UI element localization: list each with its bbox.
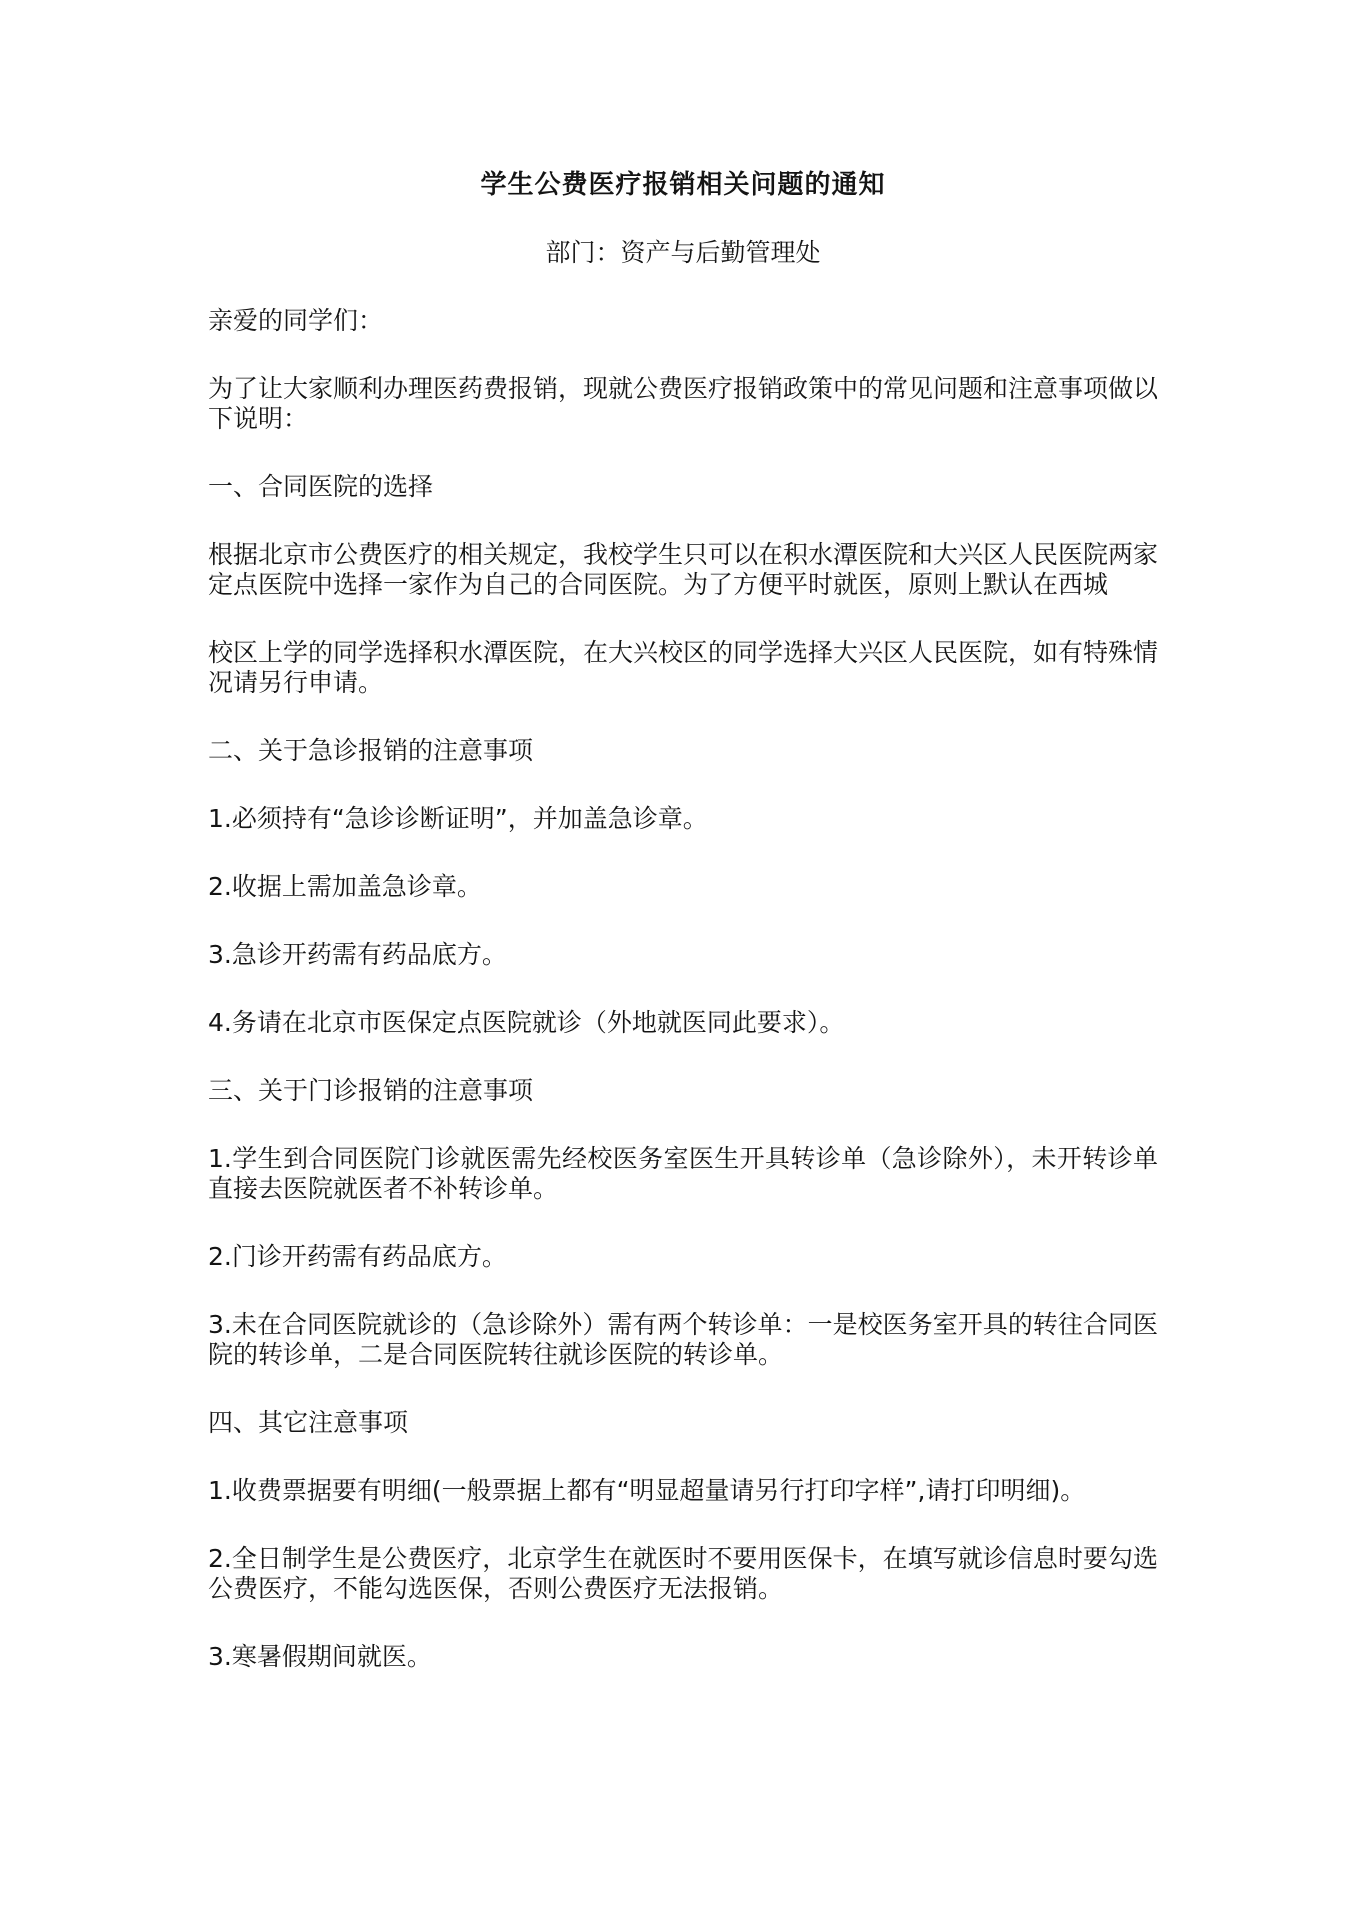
department-line: 部门：资产与后勤管理处 [208,238,1158,268]
greeting: 亲爱的同学们： [208,306,1158,336]
document-title: 学生公费医疗报销相关问题的通知 [208,170,1158,200]
list-item: 2.收据上需加盖急诊章。 [208,872,1158,902]
list-item: 1.收费票据要有明细(一般票据上都有“明显超量请另行打印字样”,请打印明细)。 [208,1476,1158,1506]
document-page: 学生公费医疗报销相关问题的通知 部门：资产与后勤管理处 亲爱的同学们： 为了让大… [208,170,1158,1710]
list-item: 2.门诊开药需有药品底方。 [208,1242,1158,1272]
section-paragraph: 校区上学的同学选择积水潭医院，在大兴校区的同学选择大兴区人民医院，如有特殊情况请… [208,638,1158,698]
section-heading: 一、合同医院的选择 [208,472,1158,502]
section-emergency-reimbursement: 二、关于急诊报销的注意事项 1.必须持有“急诊诊断证明”，并加盖急诊章。 2.收… [208,736,1158,1038]
list-item: 3.未在合同医院就诊的（急诊除外）需有两个转诊单：一是校医务室开具的转往合同医院… [208,1310,1158,1370]
section-paragraph: 根据北京市公费医疗的相关规定，我校学生只可以在积水潭医院和大兴区人民医院两家定点… [208,540,1158,600]
section-heading: 二、关于急诊报销的注意事项 [208,736,1158,766]
list-item: 3.急诊开药需有药品底方。 [208,940,1158,970]
section-heading: 四、其它注意事项 [208,1408,1158,1438]
section-heading: 三、关于门诊报销的注意事项 [208,1076,1158,1106]
intro-paragraph: 为了让大家顺利办理医药费报销，现就公费医疗报销政策中的常见问题和注意事项做以下说… [208,374,1158,434]
section-other-notes: 四、其它注意事项 1.收费票据要有明细(一般票据上都有“明显超量请另行打印字样”… [208,1408,1158,1672]
list-item: 1.学生到合同医院门诊就医需先经校医务室医生开具转诊单（急诊除外），未开转诊单直… [208,1144,1158,1204]
list-item: 2.全日制学生是公费医疗，北京学生在就医时不要用医保卡，在填写就诊信息时要勾选公… [208,1544,1158,1604]
list-item: 3.寒暑假期间就医。 [208,1642,1158,1672]
section-contract-hospital: 一、合同医院的选择 根据北京市公费医疗的相关规定，我校学生只可以在积水潭医院和大… [208,472,1158,698]
list-item: 1.必须持有“急诊诊断证明”，并加盖急诊章。 [208,804,1158,834]
list-item: 4.务请在北京市医保定点医院就诊（外地就医同此要求）。 [208,1008,1158,1038]
section-outpatient-reimbursement: 三、关于门诊报销的注意事项 1.学生到合同医院门诊就医需先经校医务室医生开具转诊… [208,1076,1158,1370]
